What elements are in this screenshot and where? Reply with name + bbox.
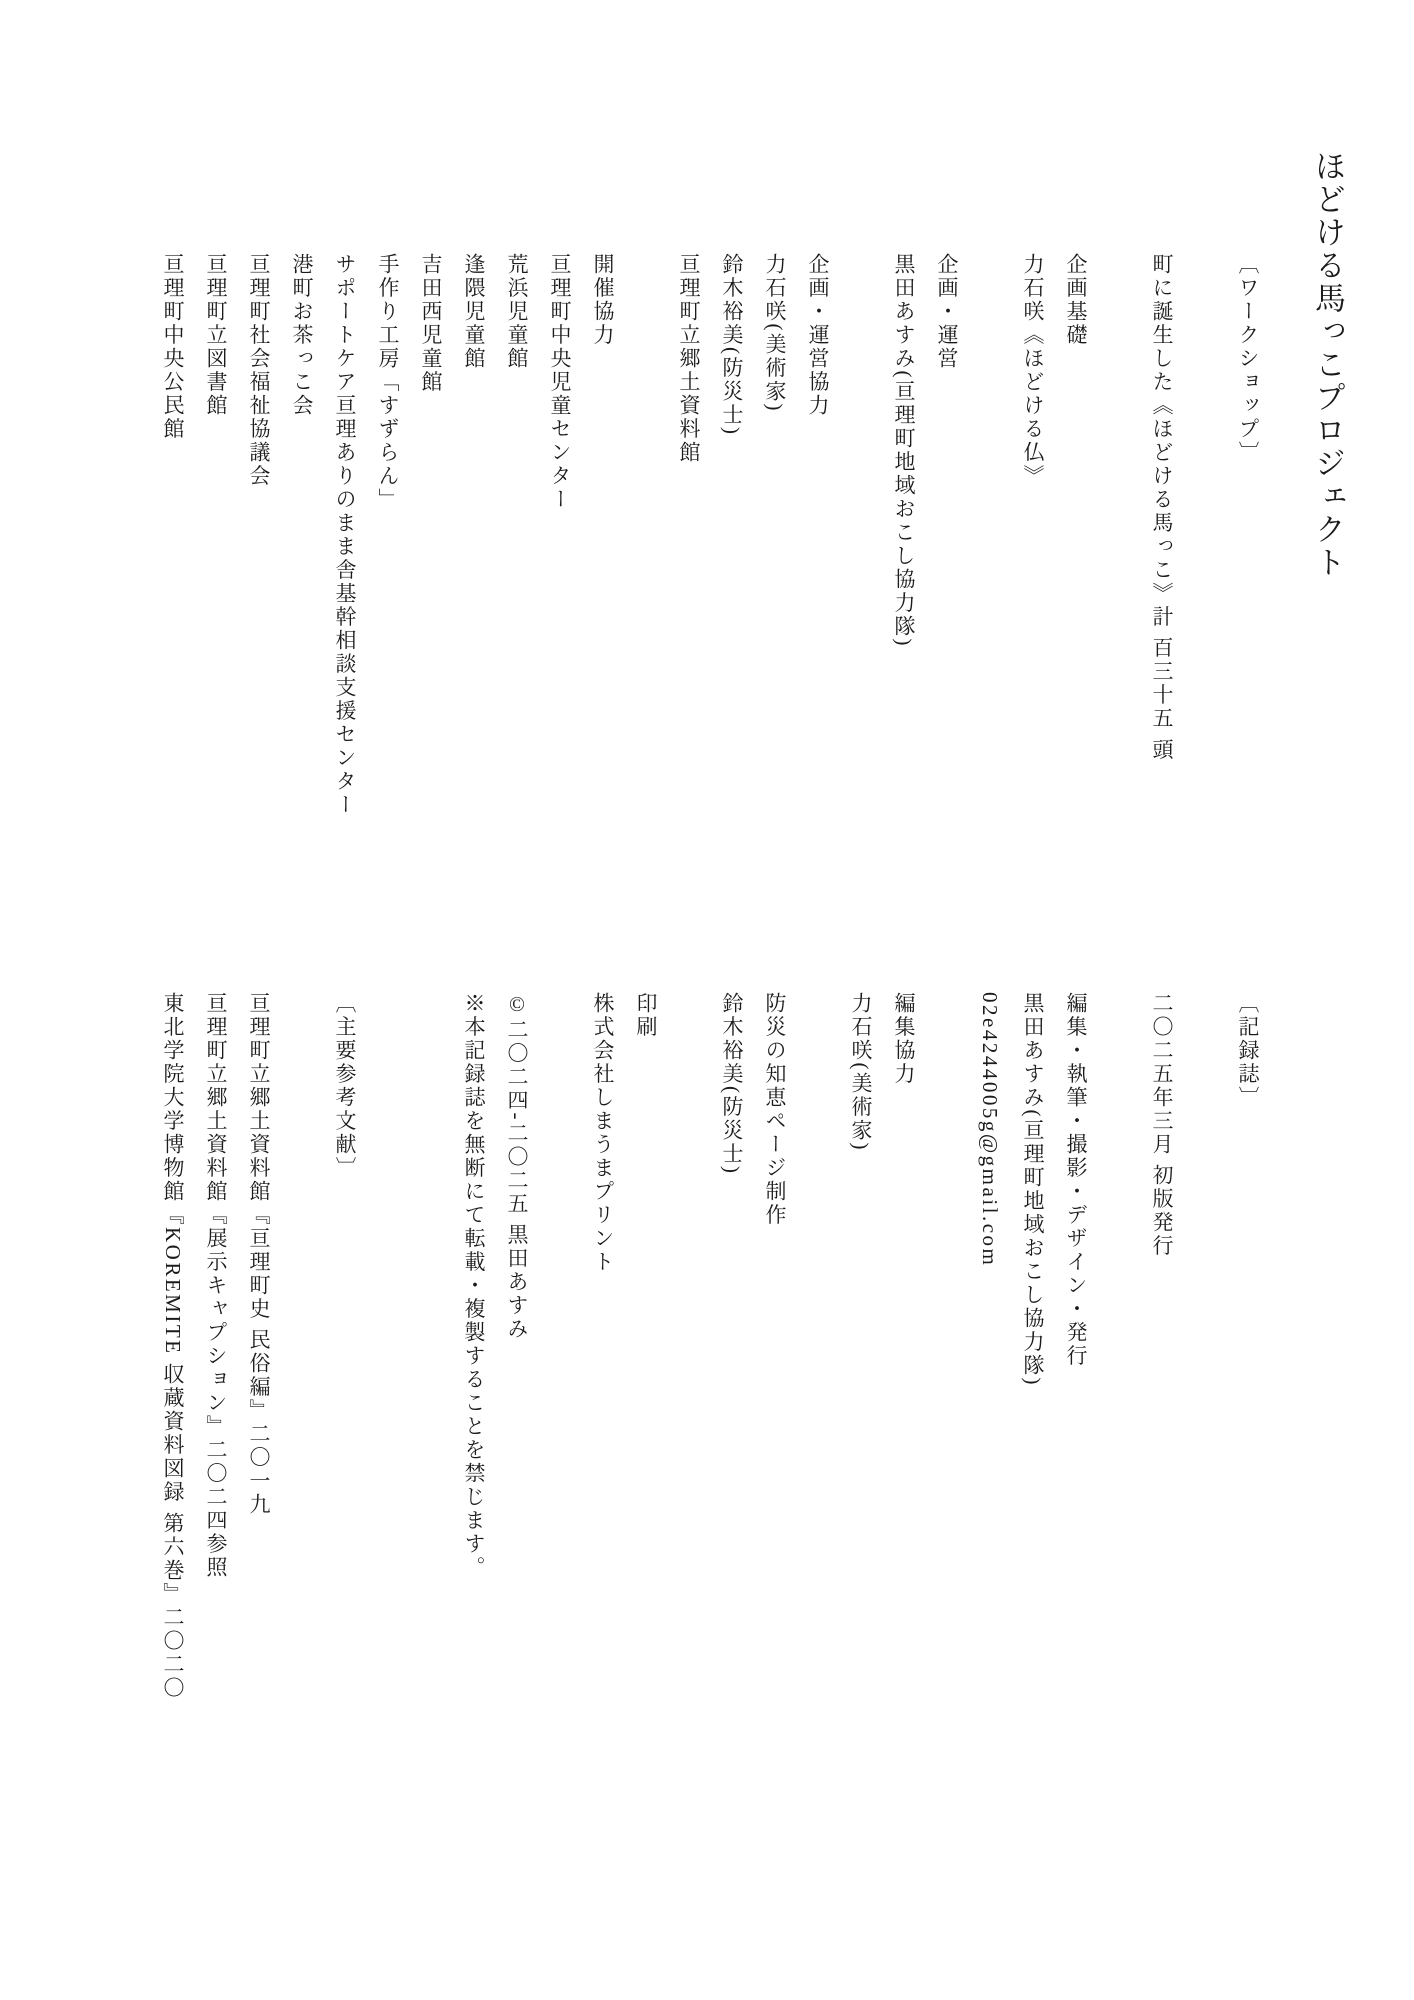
title-block: ほどける馬っこプロジェクト [1304, 150, 1350, 579]
credit-item: 手作り工房「すずらん」 [366, 253, 409, 817]
record-header: 〔記録誌〕 [1226, 992, 1269, 1700]
planning-operation-support-group: 企画・運営協力 力石咲(美術家) 鈴木裕美(防災士) 亘理町立郷土資料館 [667, 253, 839, 817]
planning-operation-label: 企画・運営 [925, 253, 968, 817]
planning-basis-group: 企画基礎 力石咲《ほどける仏》 [1011, 253, 1097, 817]
reference-item: 亘理町立郷土資料館『亘理町史 民俗編』二〇一九 [237, 992, 280, 1700]
copyright-group: ©二〇二四-二〇二五 黒田あすみ ※本記録誌を無断にて転載・複製することを禁じま… [452, 992, 538, 1700]
planning-operation-support-label: 企画・運営協力 [796, 253, 839, 817]
credit-item: 力石咲(美術家) [753, 253, 796, 817]
colophon-page: ほどける馬っこプロジェクト 〔ワークショップ〕 町に誕生した《ほどける馬っこ》計… [0, 0, 1414, 2000]
credit-item: 亘理町社会福祉協議会 [237, 253, 280, 817]
horse-count-statement: 町に誕生した《ほどける馬っこ》計 百三十五 頭 [1140, 253, 1183, 817]
planning-operation-group: 企画・運営 黒田あすみ(亘理町地域おこし協力隊) [882, 253, 968, 817]
disaster-page-label: 防災の知恵ページ制作 [753, 992, 796, 1700]
references-header: 〔主要参考文献〕 [323, 992, 366, 1700]
credit-item: 亘理町中央公民館 [151, 253, 194, 817]
credit-item: 黒田あすみ(亘理町地域おこし協力隊) [882, 253, 925, 817]
credit-item: 亘理町立郷土資料館 [667, 253, 710, 817]
record-header-group: 〔記録誌〕 [1226, 992, 1269, 1700]
credit-item: 港町お茶っこ会 [280, 253, 323, 817]
event-support-group: 開催協力 亘理町中央児童センター 荒浜児童館 逢隈児童館 吉田西児童館 手作り工… [151, 253, 624, 817]
credit-item: 黒田あすみ(亘理町地域おこし協力隊) [1011, 992, 1054, 1700]
planning-basis-label: 企画基礎 [1054, 253, 1097, 817]
credit-item: 力石咲(美術家) [839, 992, 882, 1700]
workshop-header-group: 〔ワークショップ〕 [1226, 253, 1269, 817]
printing-group: 印刷 株式会社しまうまプリント [581, 992, 667, 1700]
workshop-header: 〔ワークショップ〕 [1226, 253, 1269, 817]
credit-item: 吉田西児童館 [409, 253, 452, 817]
credit-item: 株式会社しまうまプリント [581, 992, 624, 1700]
editing-support-group: 編集協力 力石咲(美術家) [839, 992, 925, 1700]
reference-item: 東北学院大学博物館『KOREMITE 収蔵資料図録 第六巻』二〇二〇 [151, 992, 194, 1700]
credit-item: 亘理町中央児童センター [538, 253, 581, 817]
credit-item: 逢隈児童館 [452, 253, 495, 817]
reference-item: 亘理町立郷土資料館『展示キャプション』二〇二四参照 [194, 992, 237, 1700]
editing-publishing-group: 編集・執筆・撮影・デザイン・発行 黒田あすみ(亘理町地域おこし協力隊) 02e4… [968, 992, 1097, 1700]
edition-statement: 二〇二五年三月 初版発行 [1140, 992, 1183, 1700]
contact-email: 02e4244005g@gmail.com [968, 992, 1011, 1700]
printing-label: 印刷 [624, 992, 667, 1700]
workshop-section: 〔ワークショップ〕 町に誕生した《ほどける馬っこ》計 百三十五 頭 企画基礎 力… [151, 253, 1269, 817]
credit-item: 亘理町立図書館 [194, 253, 237, 817]
record-section: 〔記録誌〕 二〇二五年三月 初版発行 編集・執筆・撮影・デザイン・発行 黒田あす… [151, 992, 1269, 1700]
credit-item: 鈴木裕美(防災士) [710, 992, 753, 1700]
disaster-page-group: 防災の知恵ページ制作 鈴木裕美(防災士) [710, 992, 796, 1700]
credit-item: サポートケア亘理ありのまま舎基幹相談支援センター [323, 253, 366, 817]
event-support-label: 開催協力 [581, 253, 624, 817]
references-header-group: 〔主要参考文献〕 [323, 992, 366, 1700]
horse-count-group: 町に誕生した《ほどける馬っこ》計 百三十五 頭 [1140, 253, 1183, 817]
edition-group: 二〇二五年三月 初版発行 [1140, 992, 1183, 1700]
credit-item: 力石咲《ほどける仏》 [1011, 253, 1054, 817]
page-title: ほどける馬っこプロジェクト [1304, 150, 1350, 579]
editing-publishing-label: 編集・執筆・撮影・デザイン・発行 [1054, 992, 1097, 1700]
editing-support-label: 編集協力 [882, 992, 925, 1700]
references-list-group: 亘理町立郷土資料館『亘理町史 民俗編』二〇一九 亘理町立郷土資料館『展示キャプシ… [151, 992, 280, 1700]
credit-item: 荒浜児童館 [495, 253, 538, 817]
copyright-line: ©二〇二四-二〇二五 黒田あすみ [495, 992, 538, 1700]
reproduction-notice: ※本記録誌を無断にて転載・複製することを禁じます。 [452, 992, 495, 1700]
credit-item: 鈴木裕美(防災士) [710, 253, 753, 817]
